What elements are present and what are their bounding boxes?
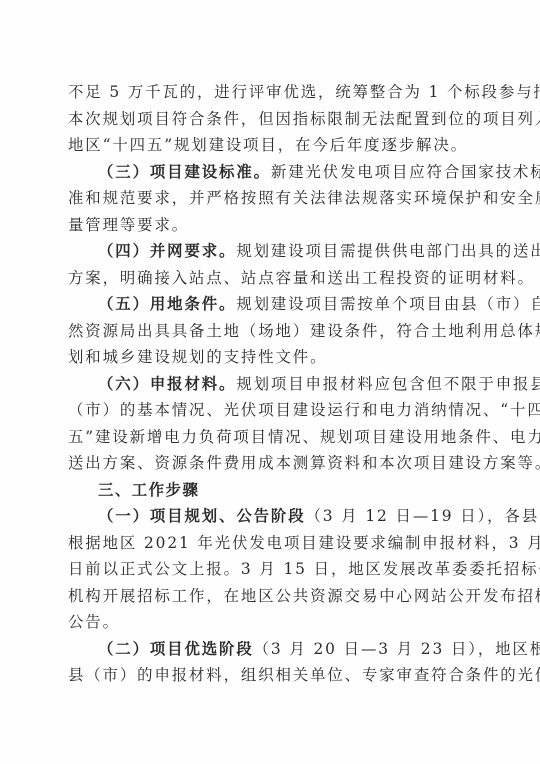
paragraph-lead: （一）项目规划、公告阶段 (98, 507, 306, 525)
text-line: 划和城乡建设规划的支持性文件。 (68, 344, 474, 371)
text-line: 本次规划项目符合条件，但因指标限制无法配置到位的项目列入 (68, 106, 474, 133)
paragraph-lead: （六）申报材料。 (98, 375, 236, 393)
paragraph-materials: （六）申报材料。规划项目申报材料应包含但不限于申报县 (68, 371, 474, 398)
paragraph-standards: （三）项目建设标准。新建光伏发电项目应符合国家技术标 (68, 159, 474, 186)
paragraph-text: 规划建设项目需按单个项目由县（市）自 (236, 295, 540, 313)
paragraph-text: （3 月 12 日—19 日），各县（市） (306, 507, 540, 525)
text-line: 不足 5 万千瓦的，进行评审优选，统筹整合为 1 个标段参与招标。 (68, 79, 474, 106)
paragraph-lead: （二）项目优选阶段 (98, 640, 254, 658)
text-line: 送出方案、资源条件费用成本测算资料和本次项目建设方案等。 (68, 450, 474, 477)
text-line: 然资源局出具具备土地（场地）建设条件，符合土地利用总体规 (68, 318, 474, 345)
text-line: 地区“十四五”规划建设项目，在今后年度逐步解决。 (68, 132, 474, 159)
paragraph-text: 新建光伏发电项目应符合国家技术标 (271, 163, 540, 181)
text-line: 准和规范要求，并严格按照有关法律法规落实环境保护和安全质 (68, 185, 474, 212)
text-line: 县（市）的申报材料，组织相关单位、专家审查符合条件的光伏 (68, 662, 474, 689)
paragraph-step-2: （二）项目优选阶段（3 月 20 日—3 月 23 日），地区根据各 (68, 636, 474, 663)
paragraph-text: （3 月 20 日—3 月 23 日），地区根据各 (254, 640, 540, 658)
text-line: （市）的基本情况、光伏项目建设运行和电力消纳情况、“十四 (68, 397, 474, 424)
text-line: 量管理等要求。 (68, 212, 474, 239)
paragraph-step-1: （一）项目规划、公告阶段（3 月 12 日—19 日），各县（市） (68, 503, 474, 530)
section-heading: 三、工作步骤 (68, 477, 474, 504)
paragraph-lead: （三）项目建设标准。 (98, 163, 271, 181)
document-page: 不足 5 万千瓦的，进行评审优选，统筹整合为 1 个标段参与招标。 本次规划项目… (68, 79, 474, 689)
text-line: 机构开展招标工作，在地区公共资源交易中心网站公开发布招标 (68, 583, 474, 610)
text-line: 五”建设新增电力负荷项目情况、规划项目建设用地条件、电力 (68, 424, 474, 451)
text-line: 根据地区 2021 年光伏发电项目建设要求编制申报材料，3 月 19 (68, 530, 474, 557)
text-line: 日前以正式公文上报。3 月 15 日，地区发展改革委委托招标代理 (68, 556, 474, 583)
text-line: 方案，明确接入站点、站点容量和送出工程投资的证明材料。 (68, 265, 474, 292)
paragraph-lead: （四）并网要求。 (98, 242, 236, 260)
paragraph-text: 规划建设项目需提供供电部门出具的送出 (236, 242, 540, 260)
text-line: 公告。 (68, 609, 474, 636)
paragraph-text: 规划项目申报材料应包含但不限于申报县 (236, 375, 540, 393)
paragraph-land: （五）用地条件。规划建设项目需按单个项目由县（市）自 (68, 291, 474, 318)
paragraph-lead: （五）用地条件。 (98, 295, 236, 313)
paragraph-grid: （四）并网要求。规划建设项目需提供供电部门出具的送出 (68, 238, 474, 265)
